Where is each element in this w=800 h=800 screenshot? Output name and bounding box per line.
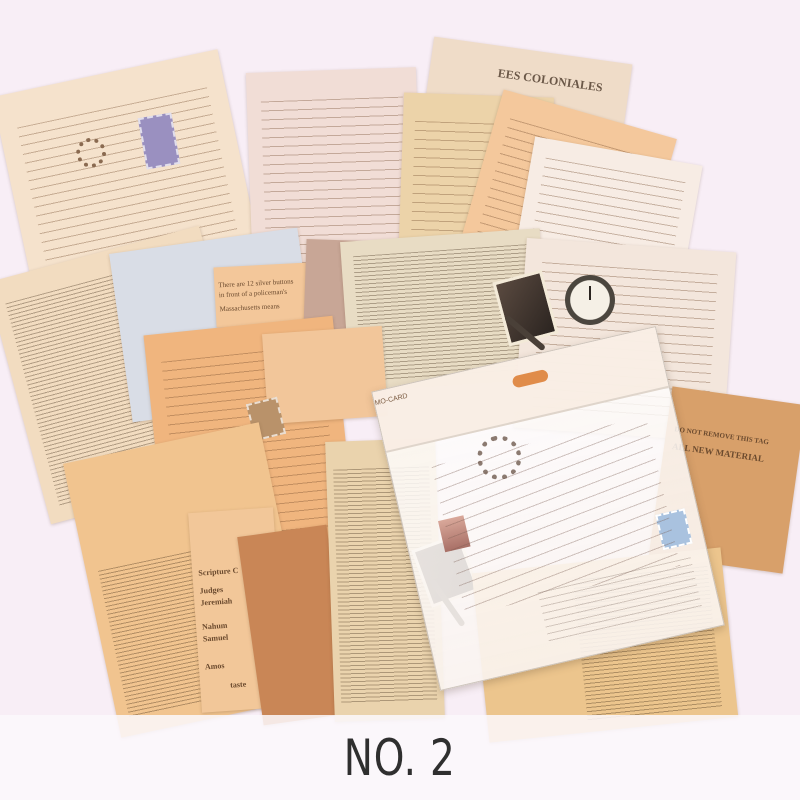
paper-stamp-card (262, 326, 388, 424)
pocket-watch-icon (565, 275, 615, 325)
product-photo: EES COLONIALES There are 12 silver butto… (0, 0, 800, 800)
clipping-silver-buttons: There are 12 silver buttons in front of … (213, 263, 311, 328)
hang-hole (512, 369, 550, 389)
variant-label: NO. 2 (344, 729, 456, 787)
variant-label-strip: NO. 2 (0, 715, 800, 800)
package-card-text: MO-CARD (374, 393, 408, 407)
